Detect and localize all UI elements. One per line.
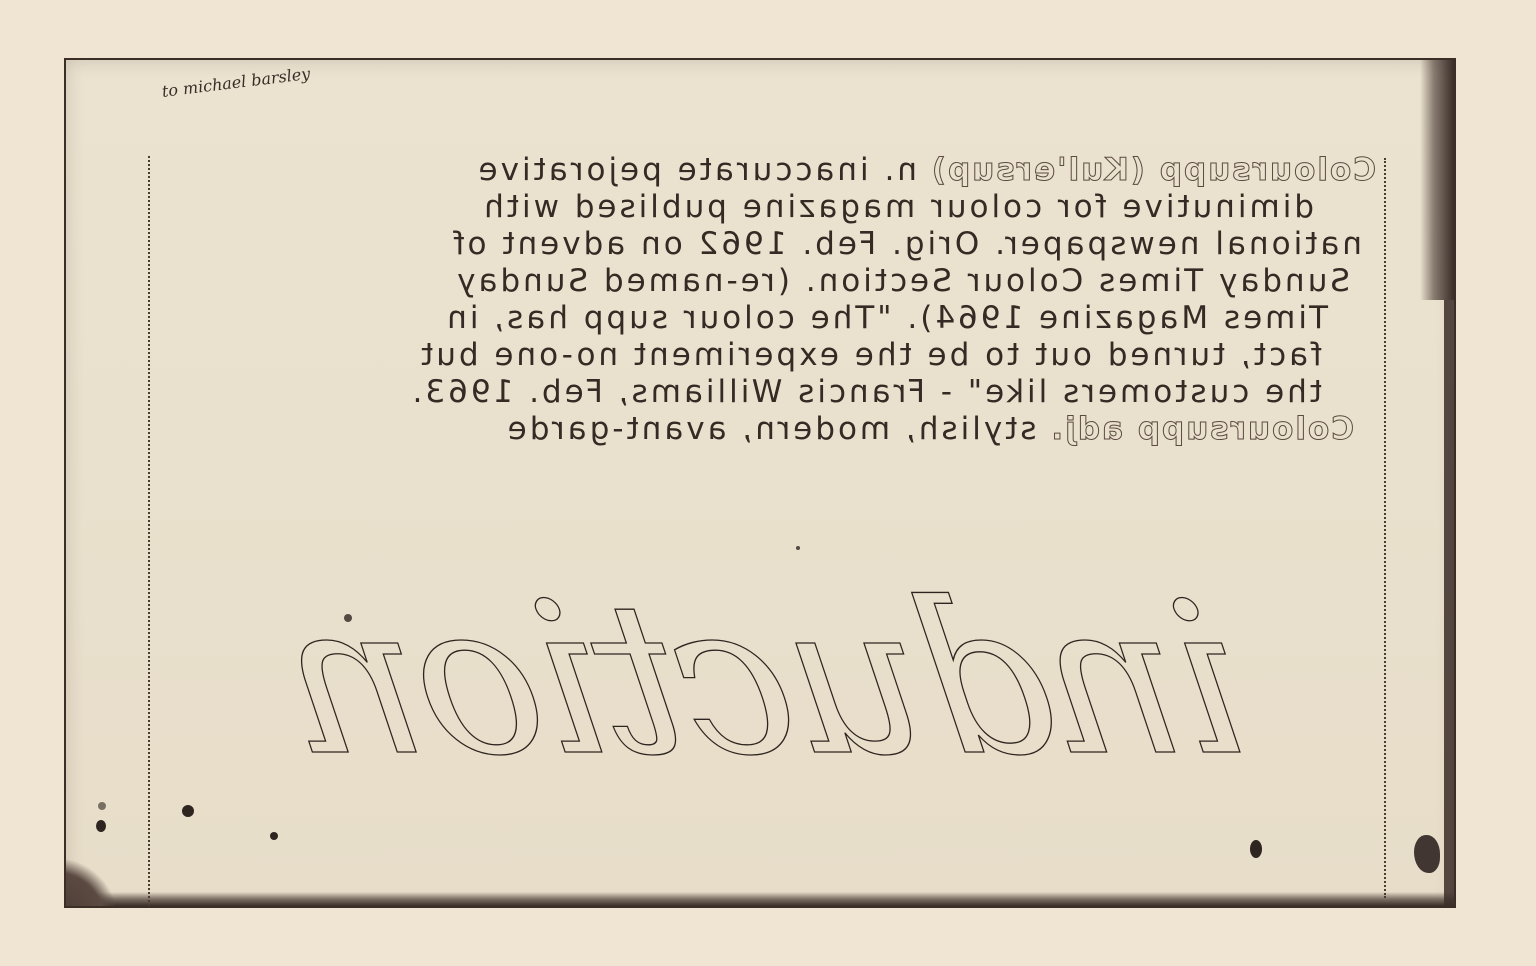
headword-outline: Coloursupp	[1136, 411, 1354, 447]
definition-line-8: Coloursupp adj. stylish, modern, avant-g…	[162, 411, 1376, 448]
plate-edge-ink-right-lower	[1444, 300, 1454, 908]
part-of-speech: n.	[882, 152, 918, 188]
definition-line-4: Sunday Times Colour Section. (re-named S…	[162, 263, 1376, 300]
dictionary-definition-text: Coloursupp (Kul'ersup) n. inaccurate pej…	[162, 152, 1376, 448]
sense-text: inaccurate pejorative	[476, 152, 869, 188]
definition-line-6: fact, turned out to be the experiment no…	[162, 337, 1376, 374]
ink-spot	[96, 820, 106, 832]
definition-line-3: national newspaper. Orig. Feb. 1962 on a…	[162, 226, 1376, 263]
plate-corner-bite	[64, 858, 116, 908]
ink-spot	[270, 832, 278, 840]
definition-line-2: diminutive for colour magazine publised …	[162, 189, 1376, 226]
dotted-guide-right	[1384, 158, 1386, 898]
dedication-inscription: to michael barsley	[161, 64, 311, 101]
ink-spot	[1250, 840, 1262, 858]
script-word-induction: induction	[198, 550, 1335, 810]
script-word-container: induction	[216, 550, 1316, 810]
plate-edge-ink-bottom	[66, 892, 1454, 906]
part-of-speech-outline: adj.	[1049, 411, 1123, 447]
dotted-guide-left	[148, 156, 150, 908]
plate-edge-ink-right	[1420, 60, 1454, 300]
ink-spot	[182, 805, 194, 817]
definition-line-5: Times Magazine 1964). "The colour supp h…	[162, 300, 1376, 337]
ink-spot	[98, 802, 106, 810]
definition-line-1: Coloursupp (Kul'ersup) n. inaccurate pej…	[162, 152, 1376, 189]
definition-line-7: the customers like" - Francis Williams, …	[162, 374, 1376, 411]
ink-blot	[1414, 835, 1440, 873]
etching-plate: to michael barsley Coloursupp (Kul'ersup…	[64, 58, 1456, 908]
paper-sheet: to michael barsley Coloursupp (Kul'ersup…	[0, 0, 1536, 966]
sense-text: stylish, modern, avant-garde	[505, 411, 1037, 447]
pronunciation-outline: (Kul'ersup)	[930, 152, 1145, 188]
headword-outline: Coloursupp	[1158, 152, 1376, 188]
